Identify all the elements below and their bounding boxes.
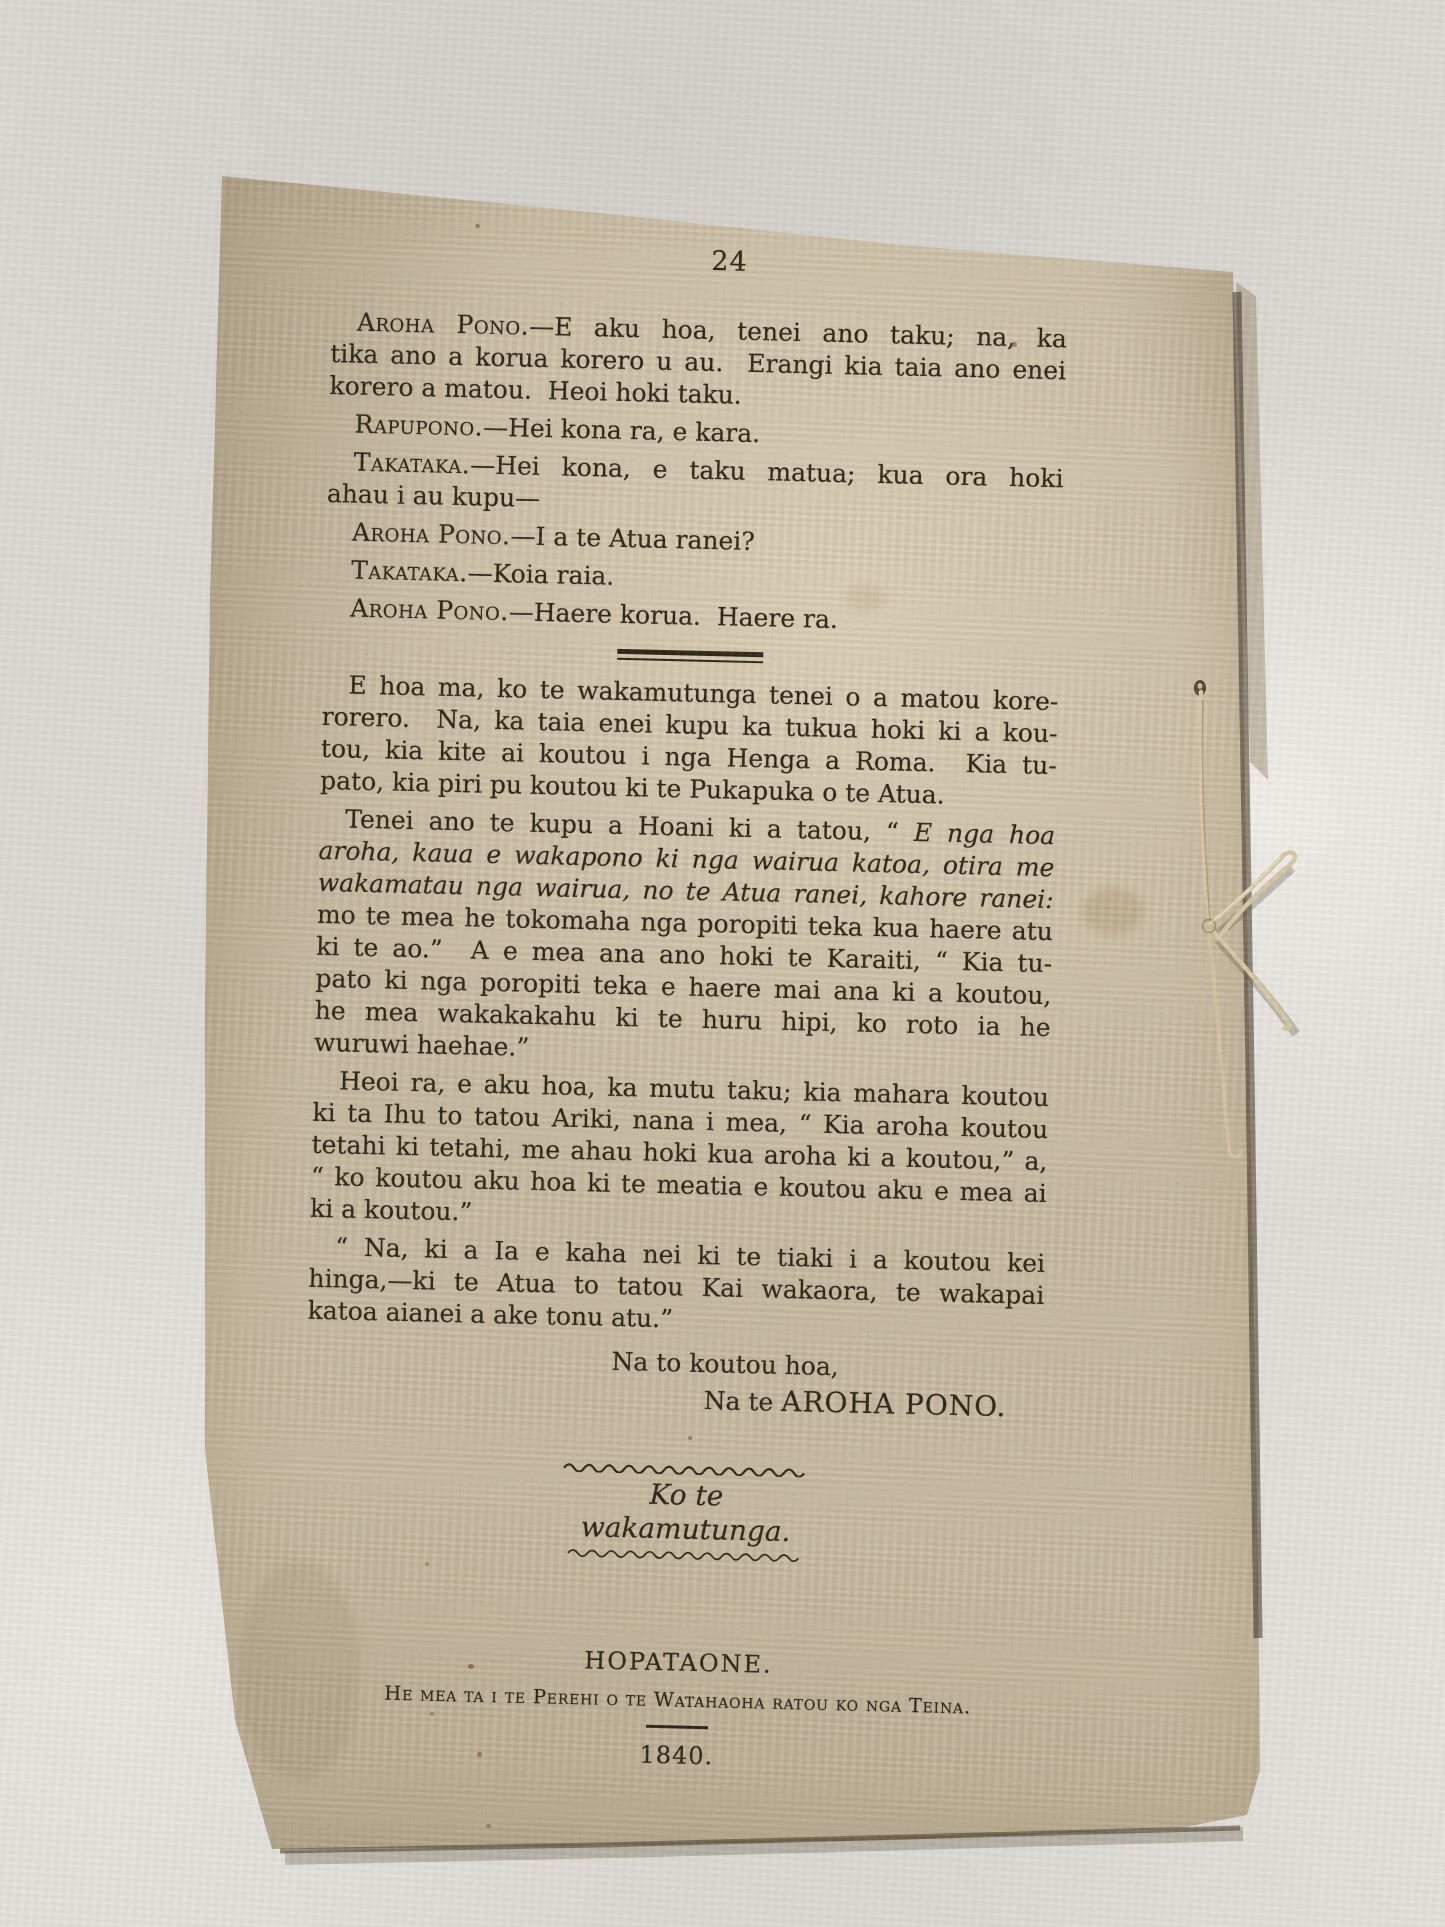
paragraph-benediction: “ Na, ki a Ia e kaha nei ki te tiaki i a… xyxy=(307,1231,1045,1344)
colophon-imprint: He mea ta i te Perehi o te Watahaoha rat… xyxy=(320,1679,1034,1722)
paragraph-final-words: E hoa ma, ko te wakamutunga tenei o a ma… xyxy=(320,669,1059,814)
dialogue-text: —I a te Atua ranei? xyxy=(510,521,755,556)
book-page: 24 Aroha Pono.—E aku hoa, tenei ano taku… xyxy=(205,160,1265,1860)
signoff-name-line: Na te AROHA PONO. xyxy=(703,1384,1042,1425)
colophon-year: 1840. xyxy=(319,1731,1034,1780)
speaker-name: Takataka. xyxy=(351,556,468,588)
quote-italic: E nga hoa xyxy=(913,818,1055,850)
photo-backdrop: 24 Aroha Pono.—E aku hoa, tenei ano taku… xyxy=(0,0,1445,1927)
signoff-line: Na to koutou hoa, xyxy=(611,1346,1043,1388)
dialogue-paragraph: Takataka.—Hei kona, e taku matua; kua or… xyxy=(327,446,1064,527)
colophon: HOPATAONE. He mea ta i te Perehi o te Wa… xyxy=(297,1639,1036,1780)
speaker-name: Aroha Pono. xyxy=(352,518,511,551)
dialogue-paragraph: Aroha Pono.—E aku hoa, tenei ano taku; n… xyxy=(329,306,1067,419)
speaker-name: Takataka. xyxy=(353,448,470,480)
signoff-name: AROHA PONO. xyxy=(781,1385,1007,1423)
speaker-name: Rapupono. xyxy=(354,410,483,442)
speaker-name: Aroha Pono. xyxy=(350,594,509,627)
dialogue-text: —Koia raia. xyxy=(467,558,614,590)
dialogue-text: —Haere korua. Haere ra. xyxy=(508,597,838,634)
colophon-rule xyxy=(646,1725,708,1729)
paragraph-farewell: Heoi ra, e aku hoa, ka mutu taku; kia ma… xyxy=(310,1065,1050,1242)
speaker-name: Aroha Pono. xyxy=(357,308,530,341)
dialogue-text: —Hei kona ra, e kara. xyxy=(483,413,761,449)
finis-block: Ko te wakamutunga. xyxy=(557,1462,815,1563)
finis-line: Ko te wakamutunga. xyxy=(557,1476,815,1550)
page-content: 24 Aroha Pono.—E aku hoa, tenei ano taku… xyxy=(297,238,1069,1780)
signoff-prefix: Na te xyxy=(703,1386,781,1417)
page-number: 24 xyxy=(332,238,1069,285)
wavy-rule xyxy=(562,1462,812,1478)
colophon-place: HOPATAONE. xyxy=(321,1639,1036,1686)
wavy-rule xyxy=(566,1548,804,1563)
paragraph-john-quote: Tenei ano te kupu a Hoani ki a tatou, “ … xyxy=(314,803,1056,1076)
section-divider-rule xyxy=(617,649,763,663)
